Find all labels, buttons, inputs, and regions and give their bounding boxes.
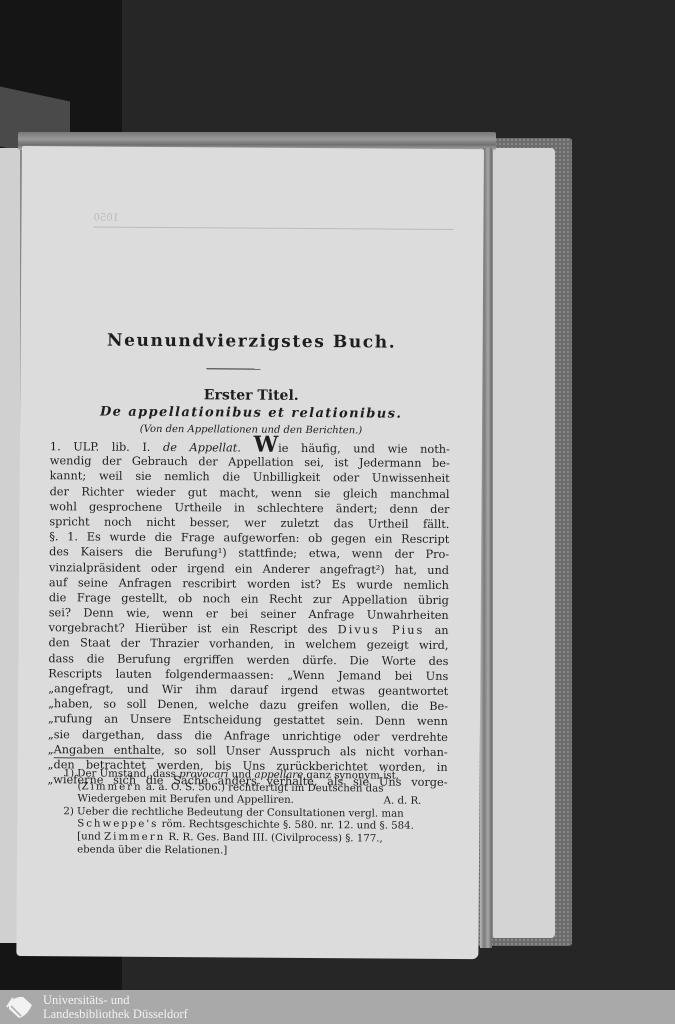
editor-note: A. d. R. xyxy=(384,796,440,809)
body-line-text: an xyxy=(424,624,448,637)
institution-name[interactable]: Universitäts- und Landesbibliothek Düsse… xyxy=(43,993,188,1021)
body-text: 1. ULP. lib. I. de Appellat. Wie häufig,… xyxy=(48,438,450,790)
book-title: Neunundvierzigstes Buch. xyxy=(21,330,483,353)
body-line-text: vorgebracht? Hierüber ist ein Rescript d… xyxy=(49,621,338,636)
footnotes: 1) Der Umstand, dass provocari und appel… xyxy=(63,768,440,859)
book-page: 1050 Neunundvierzigstes Buch. Erster Tit… xyxy=(16,146,484,959)
footnote-line: ebenda über die Relationen.] xyxy=(63,844,439,859)
footnote-italic: provocari xyxy=(179,769,228,780)
citation-italic: de Appellat. xyxy=(163,441,241,455)
spaced-name: Zimmern xyxy=(104,832,165,843)
bleed-through-header: 1050 xyxy=(93,213,453,231)
german-title: (Von den Appellationen und den Berichten… xyxy=(20,423,482,437)
footnote-text: R. R. Ges. Band III. (Civilprocess) §. 1… xyxy=(165,832,383,845)
footnote-text: 1) Der Umstand, dass xyxy=(64,768,180,780)
footnote-text: a. a. O. S. 506.) rechtfertigt im Deutsc… xyxy=(143,781,384,794)
body-line-text: ie häufig, und wie noth- xyxy=(278,442,450,456)
footnote-text: Wiedergeben mit Berufen und Appelliren. xyxy=(77,794,294,807)
footnote-text: [und xyxy=(77,831,104,842)
citation: 1. ULP. lib. I. xyxy=(50,440,163,454)
footnote-text: ganz synonym ist, xyxy=(303,770,399,782)
book-back-pages xyxy=(490,148,555,938)
title-divider xyxy=(206,368,260,369)
footnote-text: röm. Rechtsgeschichte §. 580. nr. 12. un… xyxy=(158,819,414,832)
institution-line-2: Landesbibliothek Düsseldorf xyxy=(43,1007,188,1021)
footnote-text: und xyxy=(228,769,254,780)
library-book-logo-icon[interactable] xyxy=(5,994,35,1020)
latin-title: De appellationibus et relationibus. xyxy=(20,404,482,422)
institution-line-1: Universitäts- und xyxy=(43,993,188,1007)
spaced-name: Zimmern xyxy=(81,781,142,792)
footnote-italic: appellare xyxy=(255,770,304,781)
spaced-name: Schweppe's xyxy=(77,819,158,831)
spaced-name: Divus Pius xyxy=(338,623,425,637)
library-footer: Universitäts- und Landesbibliothek Düsse… xyxy=(0,990,675,1024)
section-title: Erster Titel. xyxy=(20,386,482,405)
